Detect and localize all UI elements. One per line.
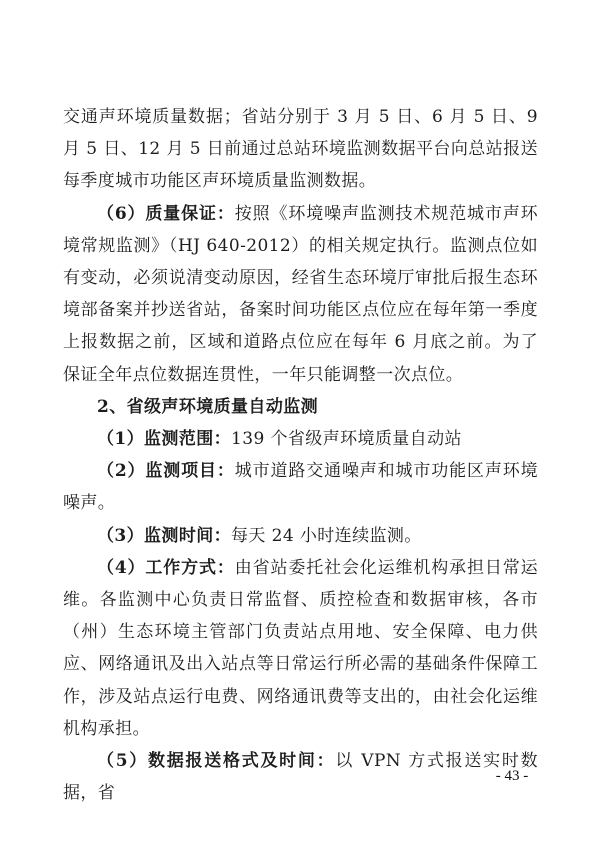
section-heading: 2、省级声环境质量自动监测: [63, 391, 538, 423]
bold-run: （3）监测时间：: [97, 526, 231, 546]
paragraph: （3）监测时间：每天 24 小时连续监测。: [63, 520, 538, 552]
document-page: 交通声环境质量数据；省站分别于 3 月 5 日、6 月 5 日、9 月 5 日、…: [0, 0, 600, 848]
bold-run: 2、省级声环境质量自动监测: [97, 397, 318, 417]
bold-run: （1）监测范围：: [97, 429, 231, 449]
paragraph: （4）工作方式：由省站委托社会化运维机构承担日常运维。各监测中心负责日常监督、质…: [63, 552, 538, 745]
bold-run: （4）工作方式：: [97, 558, 235, 578]
paragraph: 交通声环境质量数据；省站分别于 3 月 5 日、6 月 5 日、9 月 5 日、…: [63, 101, 538, 198]
text-run: 按照《环境噪声监测技术规范城市声环境常规监测》（HJ 640-2012）的相关规…: [63, 204, 538, 385]
paragraph: （1）监测范围：139 个省级声环境质量自动站: [63, 423, 538, 455]
text-run: 139 个省级声环境质量自动站: [231, 429, 462, 449]
bold-run: （5）数据报送格式及时间：: [97, 751, 335, 771]
document-body: 交通声环境质量数据；省站分别于 3 月 5 日、6 月 5 日、9 月 5 日、…: [63, 101, 538, 809]
text-run: 由省站委托社会化运维机构承担日常运维。各监测中心负责日常监督、质控检查和数据审核…: [63, 558, 538, 739]
bold-run: （2）监测项目：: [97, 461, 235, 481]
paragraph: （6）质量保证：按照《环境噪声监测技术规范城市声环境常规监测》（HJ 640-2…: [63, 198, 538, 391]
paragraph: （5）数据报送格式及时间：以 VPN 方式报送实时数据，省: [63, 745, 538, 809]
text-run: 每天 24 小时连续监测。: [231, 526, 422, 546]
bold-run: （6）质量保证：: [97, 204, 235, 224]
page-number: - 43 -: [486, 766, 538, 786]
text-run: 交通声环境质量数据；省站分别于 3 月 5 日、6 月 5 日、9 月 5 日、…: [63, 107, 538, 191]
paragraph: （2）监测项目：城市道路交通噪声和城市功能区声环境噪声。: [63, 455, 538, 519]
